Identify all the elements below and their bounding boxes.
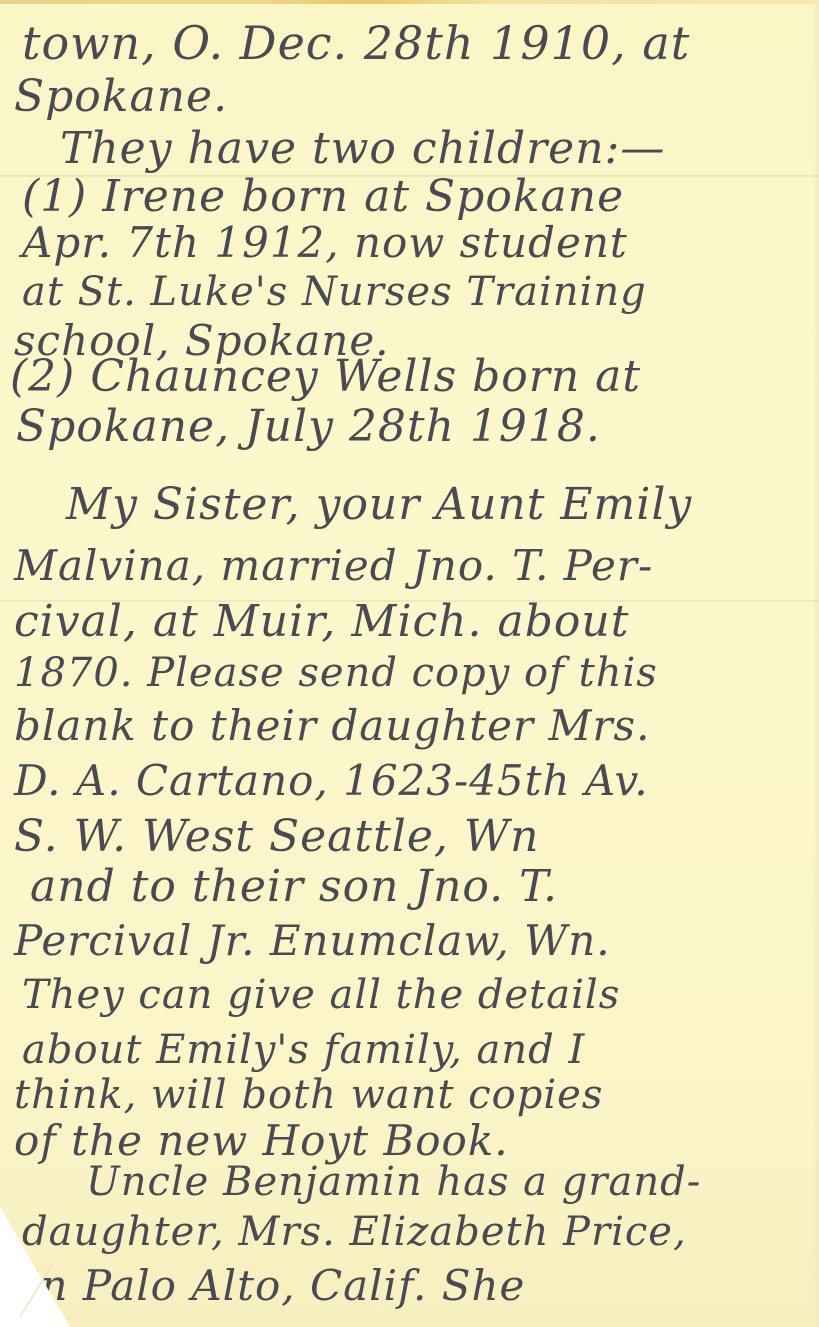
- letter-line-5: Apr. 7th 1912, now student: [22, 222, 628, 264]
- letter-line-12: cival, at Muir, Mich. about: [14, 600, 629, 644]
- letter-line-17: and to their son Jno. T.: [30, 865, 558, 909]
- letter-line-6: at St. Luke's Nurses Training: [22, 272, 647, 312]
- letter-line-22: of the new Hoyt Book.: [14, 1120, 509, 1162]
- letter-line-15: D. A. Cartano, 1623-45th Av.: [14, 760, 649, 802]
- letter-line-24: daughter, Mrs. Elizabeth Price,: [22, 1212, 687, 1252]
- letter-line-14: blank to their daughter Mrs.: [14, 705, 650, 747]
- paper-top-edge: [0, 0, 819, 4]
- letter-line-19: They can give all the details: [22, 975, 620, 1015]
- letter-line-16: S. W. West Seattle, Wn: [14, 815, 539, 859]
- letter-line-2: Spokane.: [14, 75, 228, 119]
- letter-line-21: think, will both want copies: [14, 1075, 603, 1115]
- letter-line-25: in Palo Alto, Calif. She: [26, 1265, 525, 1307]
- letter-line-18: Percival Jr. Enumclaw, Wn.: [14, 920, 611, 962]
- paper-right-edge: [813, 0, 819, 1327]
- letter-line-4: (1) Irene born at Spokane: [22, 175, 624, 219]
- letter-line-13: 1870. Please send copy of this: [14, 653, 658, 693]
- paper-corner-fold: [0, 1207, 70, 1327]
- letter-line-20: about Emily's family, and I: [22, 1030, 585, 1070]
- letter-line-10: My Sister, your Aunt Emily: [66, 483, 692, 527]
- letter-line-3: They have two children:—: [60, 127, 665, 171]
- letter-line-11: Malvina, married Jno. T. Per-: [14, 545, 653, 587]
- letter-line-9: Spokane, July 28th 1918.: [16, 405, 601, 449]
- letter-line-23: Uncle Benjamin has a grand-: [86, 1162, 701, 1202]
- letter-line-8: (2) Chauncey Wells born at: [10, 355, 641, 399]
- letter-page: town, O. Dec. 28th 1910, at Spokane. The…: [0, 0, 819, 1327]
- letter-line-1: town, O. Dec. 28th 1910, at: [22, 20, 690, 66]
